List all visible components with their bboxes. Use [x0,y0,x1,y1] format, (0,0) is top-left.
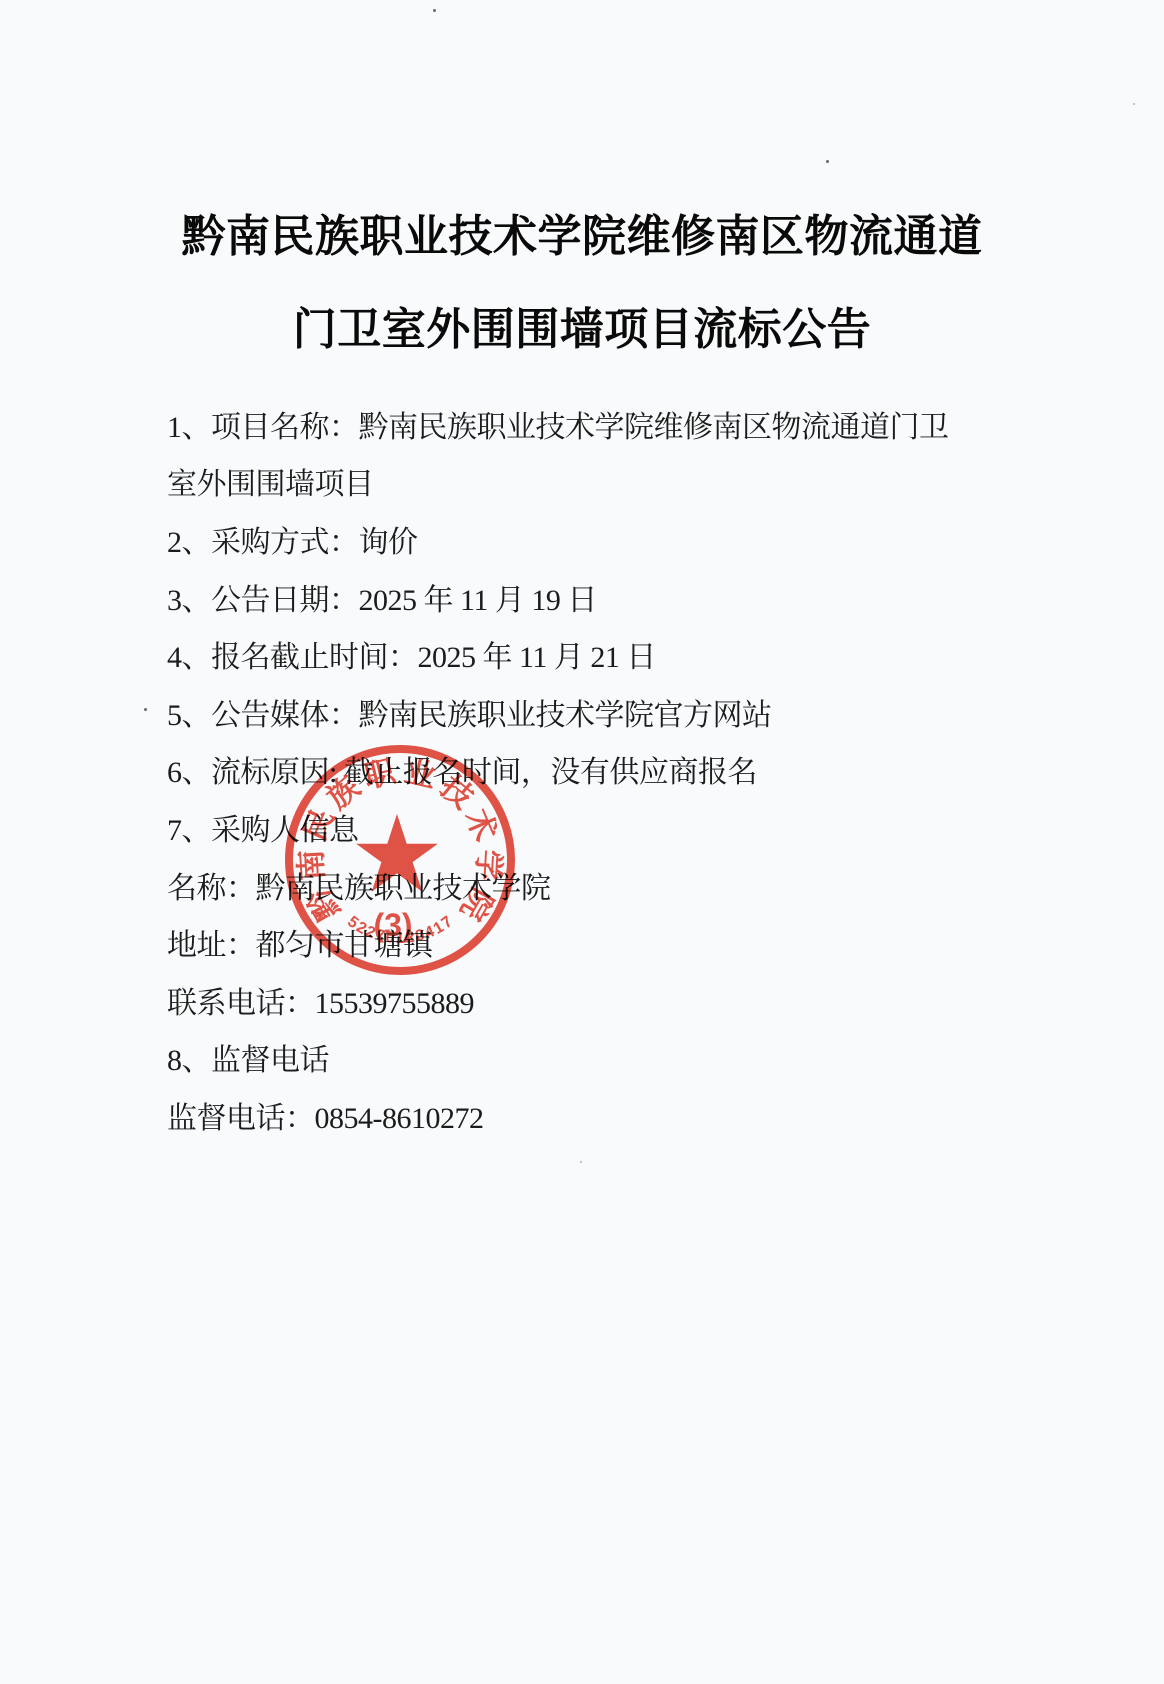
body-line: 1、项目名称：黔南民族职业技术学院维修南区物流通道门卫 [167,395,1047,453]
document-title-line1: 黔南民族职业技术学院维修南区物流通道 [0,211,1164,263]
svg-text:学: 学 [470,849,507,882]
svg-text:南: 南 [293,849,330,882]
body-line: 3、公告日期：2025 年 11 月 19 日 [167,568,1047,626]
star-icon [356,814,438,892]
body-line: 2、采购方式：询价 [167,510,1047,568]
svg-text:业: 业 [401,753,439,794]
scan-speck [144,708,147,711]
body-line: 室外围围墙项目 [167,453,1047,511]
svg-text:1: 1 [396,930,405,947]
scan-speck [1133,103,1135,105]
official-seal: 黔南民族职业技术学院 (3) 52270120417 [280,740,520,980]
body-line: 8、监督电话 [167,1029,1047,1087]
scan-speck [826,160,829,163]
svg-text:职: 职 [360,753,399,794]
svg-text:0: 0 [384,929,395,947]
body-line: 5、公告媒体：黔南民族职业技术学院官方网站 [167,683,1047,741]
body-line: 监督电话：0854-8610272 [167,1086,1047,1144]
scan-speck [580,1161,582,1163]
document-page: 黔南民族职业技术学院维修南区物流通道 门卫室外围围墙项目流标公告 1、项目名称：… [0,0,1164,1684]
body-line: 4、报名截止时间：2025 年 11 月 21 日 [167,625,1047,683]
scan-speck [433,9,436,12]
document-title-line2: 门卫室外围围墙项目流标公告 [0,304,1164,356]
